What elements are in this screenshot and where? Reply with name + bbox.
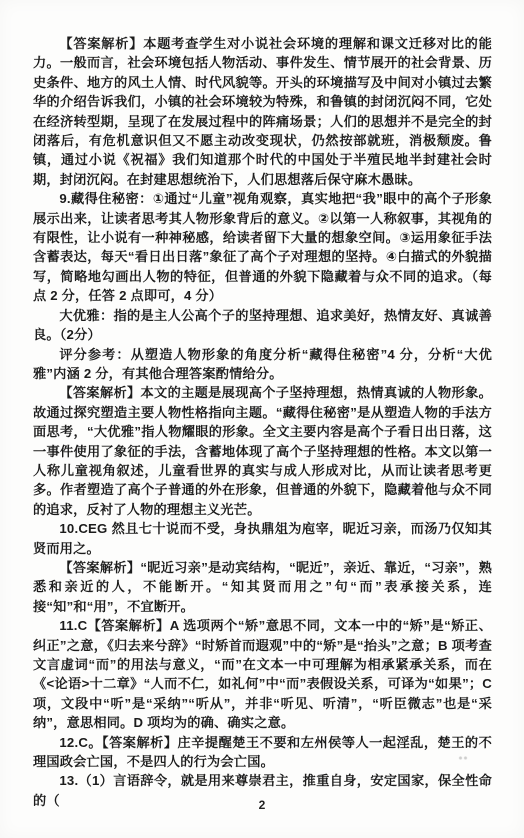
paragraph-q10-answer: 10.CEG 然且七十说而不受，身执鼎俎为庖宰，昵近习亲，而汤乃仅知其贤而用之。: [33, 519, 492, 558]
page-number: 2: [0, 798, 524, 812]
paragraph-q12-answer-analysis: 12.C。【答案解析】庄辛提醒楚王不要和左州侯等人一起淫乱，楚王的不理国政会亡国…: [33, 733, 492, 772]
paragraph-q9-answer-analysis: 【答案解析】本文的主题是展现高个子坚持理想，热情真诚的人物形象。故通过探究塑造主…: [33, 383, 492, 519]
paragraph-q11-answer-analysis: 11.C【答案解析】A 选项两个“矫”意思不同，文本一中的“矫”是“矫正、纠正”…: [33, 616, 492, 732]
paragraph-answer-analysis-social-environment: 【答案解析】本题考查学生对小说社会环境的理解和课文迁移对比的能力。一般而言，社会…: [33, 34, 492, 189]
paragraph-q9-hidden-secret: 9.藏得住秘密：①通过“儿童”视角观察，真实地把“我”眼中的高个子形象展示出来，…: [33, 189, 492, 305]
paragraph-q9-elegance: 大优雅：指的是主人公高个子的坚持理想、追求美好，热情友好、真诚善良。（2分）: [33, 306, 492, 345]
answer-key-text: 【答案解析】本题考查学生对小说社会环境的理解和课文迁移对比的能力。一般而言，社会…: [33, 34, 492, 810]
scan-noise-mark: [458, 756, 468, 760]
paragraph-q10-answer-analysis: 【答案解析】“昵近习亲”是动宾结构，“昵近”，亲近、靠近，“习亲”，熟悉和亲近的…: [33, 558, 492, 616]
document-page: 【答案解析】本题考查学生对小说社会环境的理解和课文迁移对比的能力。一般而言，社会…: [0, 0, 524, 838]
paragraph-q9-scoring-reference: 评分参考：从塑造人物形象的角度分析“藏得住秘密”4 分，分析“大优雅”内涵 2 …: [33, 345, 492, 384]
